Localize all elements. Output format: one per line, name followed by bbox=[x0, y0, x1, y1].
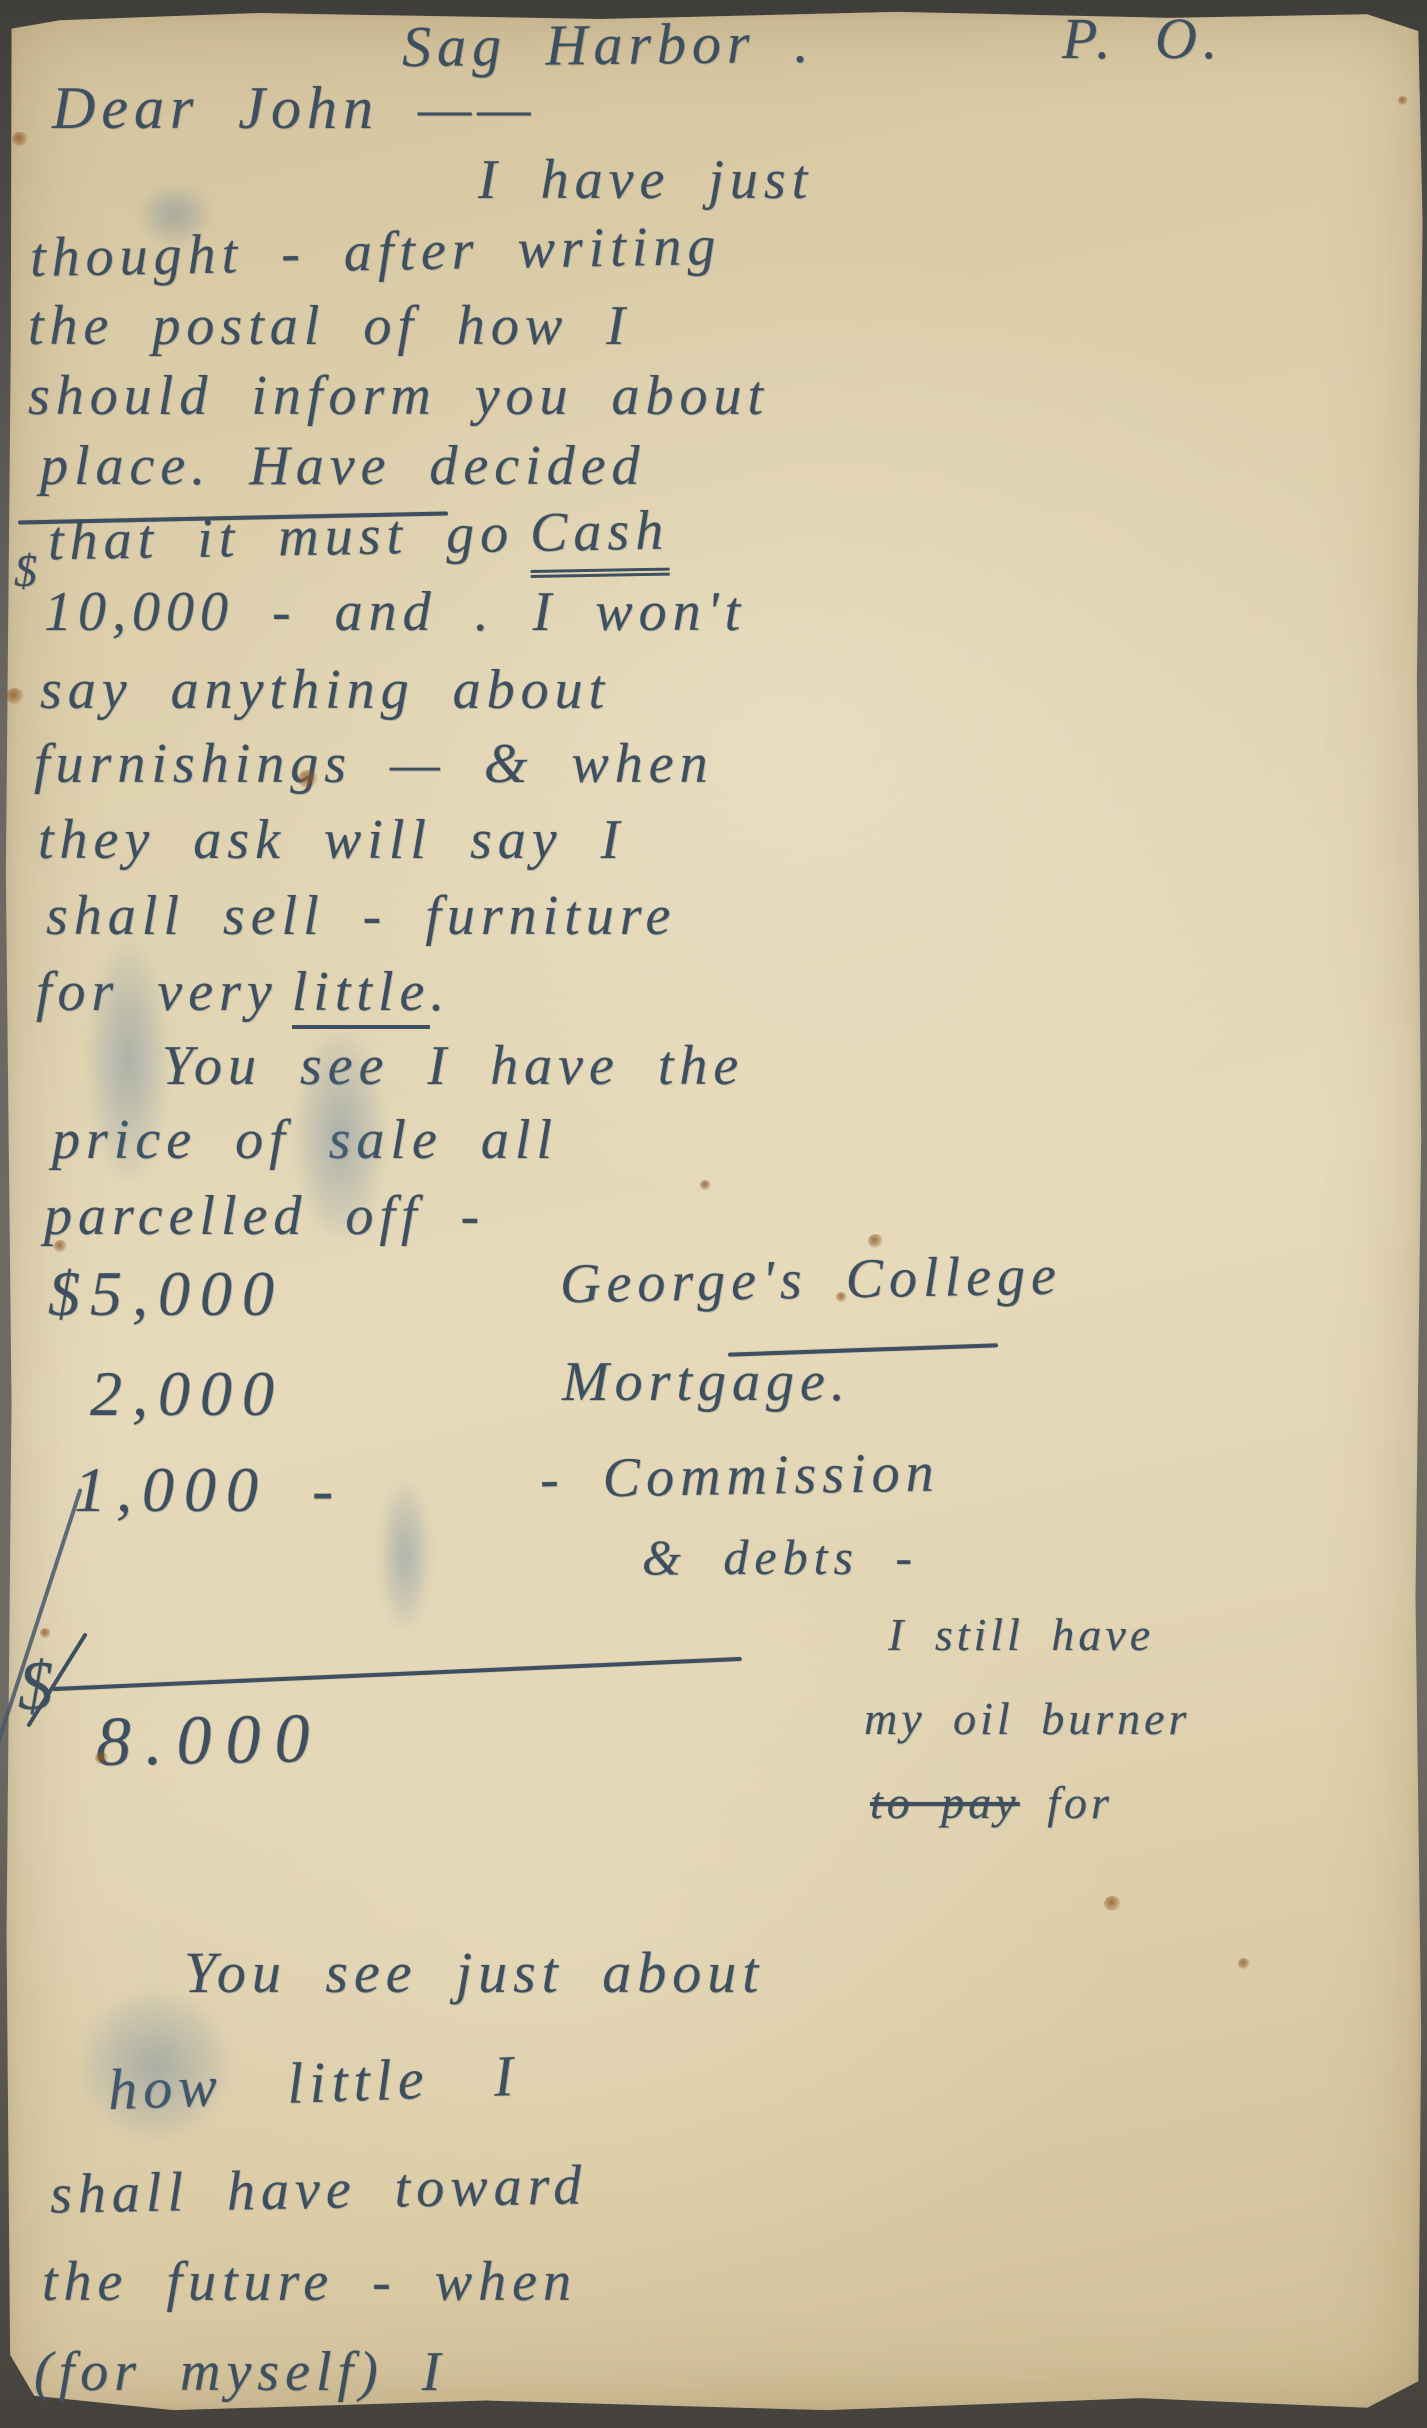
ink-smudge bbox=[140, 185, 210, 245]
ledger-note: my oil burner bbox=[864, 1696, 1190, 1742]
handwritten-line: shall have toward bbox=[50, 2157, 588, 2222]
ledger-label: George's College bbox=[560, 1248, 1063, 1313]
salutation: Dear John —— bbox=[52, 78, 537, 138]
handwritten-line: say anything about bbox=[40, 662, 610, 718]
foxing-stain bbox=[6, 688, 24, 704]
foxing-stain bbox=[836, 1292, 847, 1302]
foxing-stain bbox=[12, 132, 28, 146]
ledger-label: Mortgage. bbox=[562, 1354, 851, 1410]
cash-emphasis: Cash bbox=[529, 500, 669, 578]
handwritten-line: You see I have the bbox=[162, 1038, 744, 1094]
ledger-amount: $5,000 bbox=[48, 1262, 284, 1326]
foxing-stain bbox=[1398, 96, 1408, 105]
foxing-stain bbox=[54, 1240, 67, 1252]
little-emphasis: little bbox=[292, 961, 431, 1029]
ink-smudge bbox=[295, 1030, 385, 1240]
handwritten-line: they ask will say I bbox=[38, 812, 625, 868]
handwritten-line: should inform you about bbox=[28, 368, 769, 424]
foxing-stain bbox=[40, 1628, 51, 1638]
note-word: for bbox=[1047, 1777, 1113, 1828]
foxing-stain bbox=[700, 1180, 711, 1190]
heading-place: Sag Harbor . bbox=[402, 14, 815, 76]
handwritten-line: place. Have decided bbox=[40, 438, 646, 494]
foxing-stain bbox=[868, 1234, 883, 1248]
handwritten-line: furnishings — & when bbox=[34, 736, 714, 792]
handwritten-line: shall sell - furniture bbox=[46, 888, 676, 944]
handwritten-line: the postal of how I bbox=[28, 298, 631, 354]
ink-smudge bbox=[380, 1480, 430, 1630]
ledger-amount: 1,000 - bbox=[74, 1458, 343, 1522]
margin-dollar-sign: $ bbox=[14, 548, 43, 594]
heading-postmark: P. O. bbox=[1062, 10, 1223, 68]
foxing-stain bbox=[1238, 1958, 1250, 1969]
handwritten-line: the future - when bbox=[42, 2254, 577, 2310]
handwritten-line: 10,000 - and . I won't bbox=[44, 584, 746, 640]
ledger-note: I still have bbox=[888, 1612, 1154, 1658]
foxing-stain bbox=[95, 1752, 108, 1764]
ledger-amount: 2,000 bbox=[90, 1362, 284, 1426]
struck-words: to pay bbox=[870, 1777, 1020, 1828]
struck-dollar-sign: $ bbox=[18, 1652, 67, 1722]
period: . bbox=[430, 961, 450, 1023]
handwritten-line: (for myself) I bbox=[34, 2344, 446, 2400]
ledger-note: to pay for bbox=[870, 1780, 1113, 1826]
handwritten-line: thought - after writing bbox=[30, 218, 722, 286]
handwritten-line: You see just about bbox=[184, 1944, 764, 2002]
foxing-stain bbox=[298, 770, 318, 788]
handwritten-line: parcelled off - bbox=[44, 1188, 485, 1244]
foxing-stain bbox=[1104, 1896, 1121, 1911]
handwritten-line: I have just bbox=[478, 152, 813, 208]
ledger-label: - Commission bbox=[540, 1445, 941, 1508]
ink-smudge bbox=[80, 1990, 230, 2140]
ledger-label-continued: & debts - bbox=[642, 1532, 918, 1582]
ink-smudge bbox=[88, 940, 168, 1180]
letter-scan: { "colors": { "paper": "#e0d3b1", "ink":… bbox=[0, 0, 1427, 2428]
ledger-total: 8.000 bbox=[95, 1704, 324, 1778]
